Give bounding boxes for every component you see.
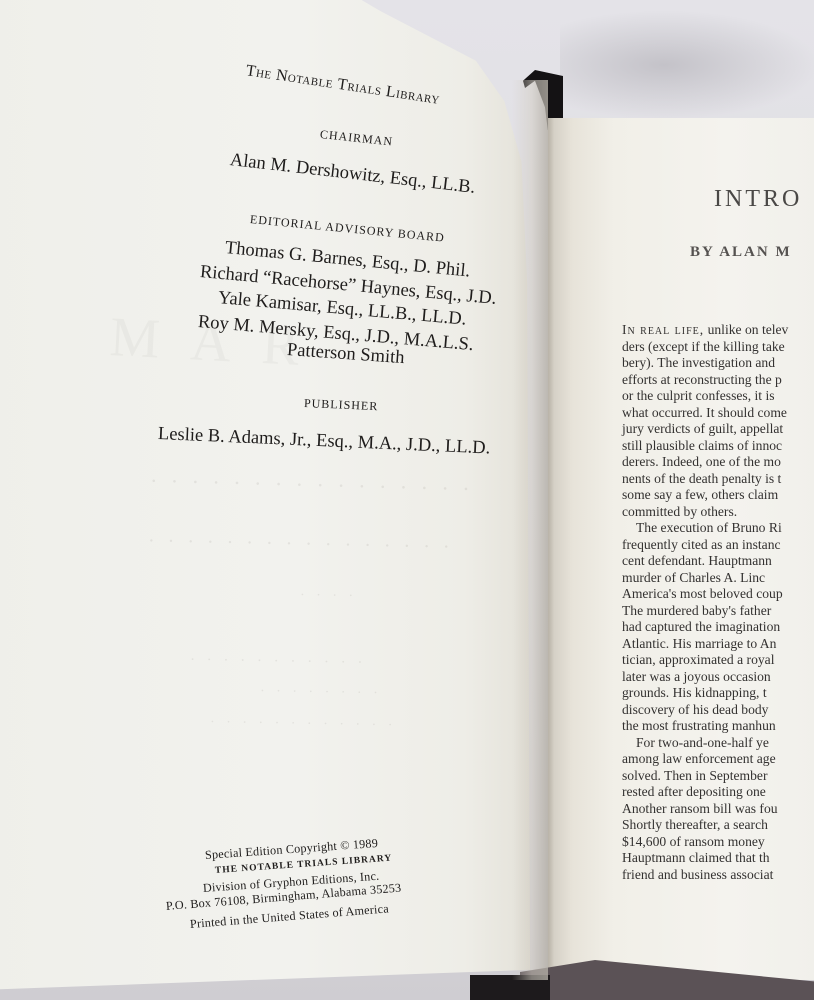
- publisher-label: PUBLISHER: [304, 396, 379, 414]
- show-through-line: · · · · · · · · · · ·: [190, 652, 367, 672]
- show-through-line: · · · · · · · · · · · ·: [210, 715, 397, 734]
- show-through-line: · · · ·: [300, 588, 357, 605]
- show-through-line: · · · · · · · ·: [260, 684, 382, 702]
- publisher-name: Leslie B. Adams, Jr., Esq., M.A., J.D., …: [158, 424, 491, 459]
- editorial-board-label: EDITORIAL ADVISORY BOARD: [249, 212, 445, 246]
- library-title: The Notable Trials Library: [245, 62, 441, 109]
- photo-scene: INTRO BY ALAN M In real life, unlike on …: [0, 0, 814, 1000]
- frontmatter-page: M A R · · · · · · · · · · · · · · · · · …: [0, 0, 814, 1000]
- show-through-line: · · · · · · · · · · · · · · · ·: [150, 468, 474, 502]
- chairman-label: CHAIRMAN: [319, 127, 394, 150]
- chairman-name: Alan M. Dershowitz, Esq., LL.B.: [229, 150, 476, 199]
- show-through-line: · · · · · · · · · · · · · · · ·: [148, 530, 454, 559]
